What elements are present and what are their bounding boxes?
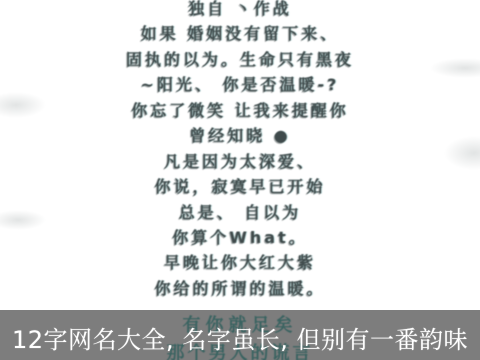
netname-line: 你给的所谓的温暖。 <box>0 276 480 301</box>
netname-list: 独自 丶作战 如果 婚姻没有留下来、 固执的以为。生命只有黑夜 ~阳光、 你是否… <box>0 0 480 301</box>
netname-line: 固执的以为。生命只有黑夜 <box>0 47 480 72</box>
caption-bar: 有你就足矣 那个男人的谎言 12字网名大全, 名字虽长, 但别有一番韵味 <box>0 310 480 360</box>
netname-line: 你算个What。 <box>0 225 480 250</box>
netname-line: 总是、 自以为 <box>0 200 480 225</box>
netname-line: 如果 婚姻没有留下来、 <box>0 21 480 46</box>
netname-line: 你忘了微笑 让我来提醒你 <box>0 98 480 123</box>
netname-line: 你说，寂寞早已开始 <box>0 174 480 199</box>
caption-text: 12字网名大全, 名字虽长, 但别有一番韵味 <box>0 320 480 355</box>
netname-line: 曾经知晓 ● <box>0 123 480 148</box>
netname-image: 独自 丶作战 如果 婚姻没有留下来、 固执的以为。生命只有黑夜 ~阳光、 你是否… <box>0 0 480 360</box>
netname-line: ~阳光、 你是否温暖-? <box>0 72 480 97</box>
netname-line: 早晚让你大红大紫 <box>0 250 480 275</box>
netname-line: 独自 丶作战 <box>0 0 480 21</box>
netname-line: 凡是因为太深爱、 <box>0 149 480 174</box>
